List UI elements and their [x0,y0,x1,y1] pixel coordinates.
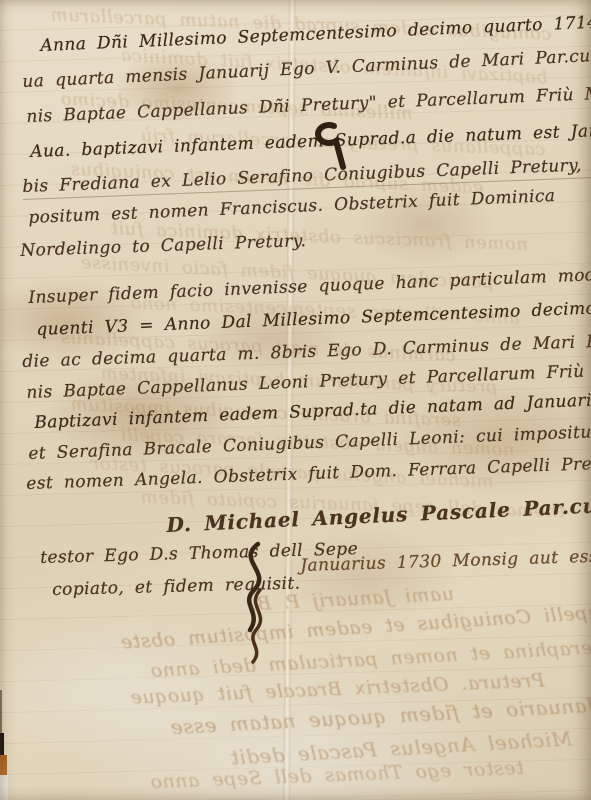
manuscript-line: nis Baptae Cappellanus Dñi Pretury" et P… [26,82,591,127]
manuscript-line: Nordelingo to Capelli Pretury. [20,231,307,261]
manuscript-line: copiato, et fidem requisit. [52,574,301,600]
manuscript-line: Aua. baptizavi infantem eadem Suprad.a d… [30,121,591,162]
background-corner [0,775,8,800]
parish-priest-signature: D. Michael Angelus Pascale Par.cus [166,493,591,537]
paper-left-edge-shadow [0,690,2,738]
table-surface-corner [0,755,7,776]
handwriting-layer: D. Michael Angelus Pascale Par.cus Anna … [0,0,591,800]
manuscript-page: coniugibus eadem suprad die natum parcel… [0,0,591,800]
